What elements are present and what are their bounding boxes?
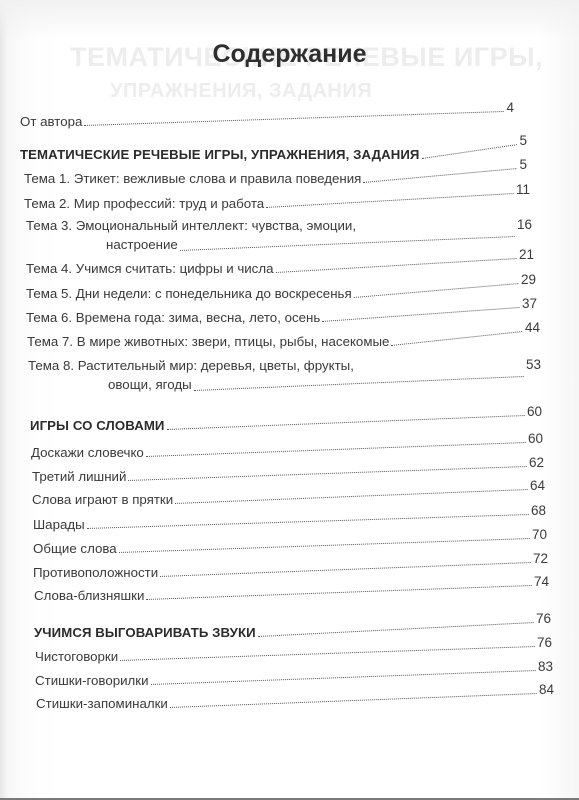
dot-leader: [363, 168, 517, 183]
dot-leader: [421, 144, 516, 159]
toc-entry-title: Третий лишний: [32, 469, 126, 484]
dot-leader: [160, 562, 531, 577]
toc-page-number: 37: [522, 296, 537, 311]
toc-section-heading: УЧИМСЯ ВЫГОВАРИВАТЬ ЗВУКИ76: [0, 620, 579, 640]
dot-leader: [128, 466, 526, 481]
toc-entry: Чистоговорки76: [0, 644, 579, 664]
toc-page-number: 60: [527, 404, 542, 419]
toc-entry-title: Шарады: [33, 517, 85, 532]
toc-entry-title: ИГРЫ СО СЛОВАМИ: [30, 418, 165, 433]
scanned-page: ТЕМАТИЧЕСКИЕ РЕЧЕВЫЕ ИГРЫ, УПРАЖНЕНИЯ, З…: [0, 0, 579, 800]
dot-leader: [120, 646, 535, 661]
toc-entry: Тема 6. Времена года: зима, весна, лето,…: [0, 305, 579, 325]
toc-section-heading: ИГРЫ СО СЛОВАМИ60: [0, 413, 579, 433]
toc-entry-title: Слова играют в прятки: [32, 492, 173, 507]
dot-leader: [146, 585, 531, 600]
toc-entry-title: Доскажи словечко: [31, 445, 144, 460]
toc-page-number: 53: [526, 357, 541, 372]
toc-entry: Стишки-запоминалки84: [0, 691, 579, 711]
toc-entry: Шарады68: [0, 512, 579, 532]
toc-entry-title: Тема 4. Учимся считать: цифры и числа: [26, 261, 274, 276]
dot-leader: [119, 538, 530, 553]
toc-entry-title: Тема 1. Этикет: вежливые слова и правила…: [24, 171, 361, 186]
dot-leader: [170, 693, 537, 708]
toc-page-number: 16: [517, 217, 532, 232]
toc-page-number: 5: [519, 133, 527, 148]
dot-leader: [146, 442, 526, 457]
table-of-contents: От автора4ТЕМАТИЧЕСКИЕ РЕЧЕВЫЕ ИГРЫ, УПР…: [0, 0, 579, 800]
toc-entry-title: Тема 2. Мир профессий: труд и работа: [24, 196, 264, 211]
toc-entry-title: От автора: [20, 114, 82, 129]
toc-page-number: 62: [529, 455, 544, 470]
dot-leader: [354, 283, 519, 298]
toc-page-number: 21: [519, 247, 534, 262]
dot-leader: [175, 489, 528, 504]
toc-page-number: 72: [533, 551, 548, 566]
toc-entry: Слова-близняшки74: [0, 583, 579, 603]
toc-page-number: 4: [506, 100, 514, 115]
toc-entry: Слова играют в прятки64: [0, 487, 579, 507]
toc-entry-title: Тема 6. Времена года: зима, весна, лето,…: [26, 310, 320, 325]
toc-page-number: 84: [539, 682, 554, 697]
toc-page-number: 83: [538, 659, 553, 674]
toc-page-number: 70: [532, 527, 547, 542]
toc-entry-title-line-1: Тема 3. Эмоциональный интеллект: чувства…: [26, 218, 356, 233]
toc-section-heading: ТЕМАТИЧЕСКИЕ РЕЧЕВЫЕ ИГРЫ, УПРАЖНЕНИЯ, З…: [0, 142, 579, 162]
toc-entry: Тема 7. В мире животных: звери, птицы, р…: [0, 329, 579, 349]
dot-leader: [322, 307, 519, 322]
toc-entry: Тема 4. Учимся считать: цифры и числа21: [0, 256, 579, 276]
toc-entry-title: Тема 7. В мире животных: звери, птицы, р…: [27, 334, 389, 349]
toc-page-number: 76: [537, 635, 552, 650]
toc-entry: Тема 2. Мир профессий: труд и работа11: [0, 191, 579, 211]
toc-entry-title: Слова-близняшки: [34, 588, 144, 603]
toc-entry: Противоположности72: [0, 560, 579, 580]
toc-entry-title: ТЕМАТИЧЕСКИЕ РЕЧЕВЫЕ ИГРЫ, УПРАЖНЕНИЯ, З…: [20, 147, 420, 162]
toc-entry: Третий лишний62: [0, 464, 579, 484]
toc-entry: Общие слова70: [0, 536, 579, 556]
toc-page-number: 60: [528, 431, 543, 446]
dot-leader: [391, 331, 522, 346]
toc-entry-title: Общие слова: [33, 541, 117, 556]
dot-leader: [84, 111, 504, 126]
toc-entry: Тема 8. Растительный мир: деревья, цветы…: [0, 356, 579, 394]
toc-page-number: 76: [536, 611, 551, 626]
toc-entry-title: Стишки-говорилки: [35, 673, 149, 688]
toc-entry-title: Тема 5. Дни недели: с понедельника до во…: [26, 286, 352, 301]
toc-page-number: 74: [534, 574, 549, 589]
toc-entry: Тема 1. Этикет: вежливые слова и правила…: [0, 166, 579, 186]
toc-entry-title: УЧИМСЯ ВЫГОВАРИВАТЬ ЗВУКИ: [34, 625, 256, 640]
dot-leader: [166, 415, 524, 430]
toc-entry: Доскажи словечко60: [0, 440, 579, 460]
toc-entry-title: Тема 8. Растительный мир: деревья, цветы…: [28, 356, 354, 394]
toc-entry: От автора4: [0, 109, 579, 129]
toc-entry: Стишки-говорилки83: [0, 668, 579, 688]
toc-entry: Тема 5. Дни недели: с понедельника до во…: [0, 281, 579, 301]
dot-leader: [151, 670, 536, 685]
toc-entry-title-line-1: Тема 8. Растительный мир: деревья, цветы…: [28, 358, 354, 373]
dot-leader: [275, 258, 516, 273]
dot-leader: [87, 514, 529, 529]
toc-page-number: 64: [530, 478, 545, 493]
toc-page-number: 5: [519, 157, 527, 172]
toc-entry-title: Противоположности: [33, 565, 158, 580]
toc-entry: Тема 3. Эмоциональный интеллект: чувства…: [0, 216, 579, 254]
toc-page-number: 68: [531, 503, 546, 518]
dot-leader: [266, 193, 513, 208]
toc-page-number: 44: [525, 320, 540, 335]
toc-page-number: 29: [521, 272, 536, 287]
toc-entry-title: Тема 3. Эмоциональный интеллект: чувства…: [26, 216, 356, 254]
toc-page-number: 11: [516, 182, 530, 197]
toc-entry-title: Чистоговорки: [35, 649, 118, 664]
dot-leader: [258, 622, 534, 637]
toc-entry-title: Стишки-запоминалки: [36, 696, 168, 711]
